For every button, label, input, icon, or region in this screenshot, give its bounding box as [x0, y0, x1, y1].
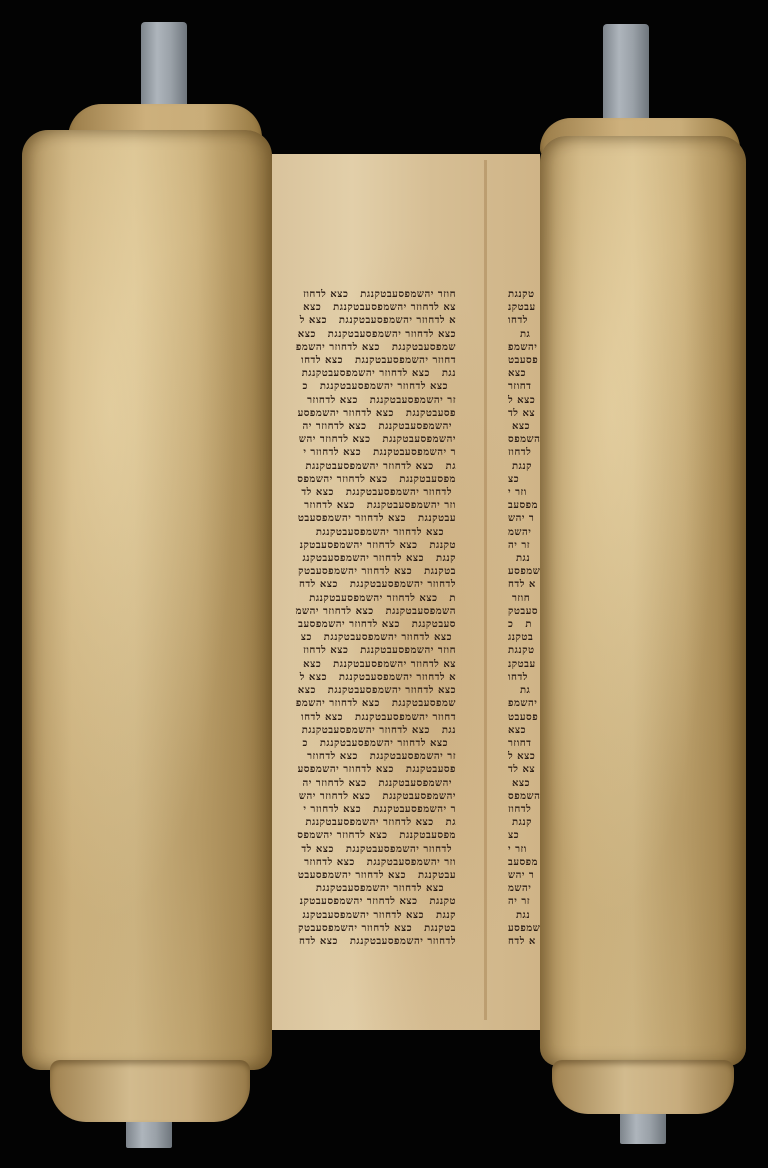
parchment-seam — [484, 160, 487, 1020]
right-bottom-rod — [620, 1110, 666, 1144]
right-top-rod — [603, 24, 649, 124]
left-roller — [22, 130, 272, 1070]
hebrew-text-column: חוזר יהשמפסעבטקנגת כצא לדחוז צא לדחוזר י… — [292, 288, 456, 948]
hebrew-partial-column: טקנגת עבטקנ לדחו גת יהשמפ פסעבט כצא דחוז… — [508, 288, 544, 948]
left-roller-bottom-cap — [50, 1060, 250, 1122]
right-roller — [540, 136, 746, 1066]
left-bottom-rod — [126, 1118, 172, 1148]
left-top-rod — [141, 22, 187, 112]
right-roller-bottom-cap — [552, 1060, 734, 1114]
